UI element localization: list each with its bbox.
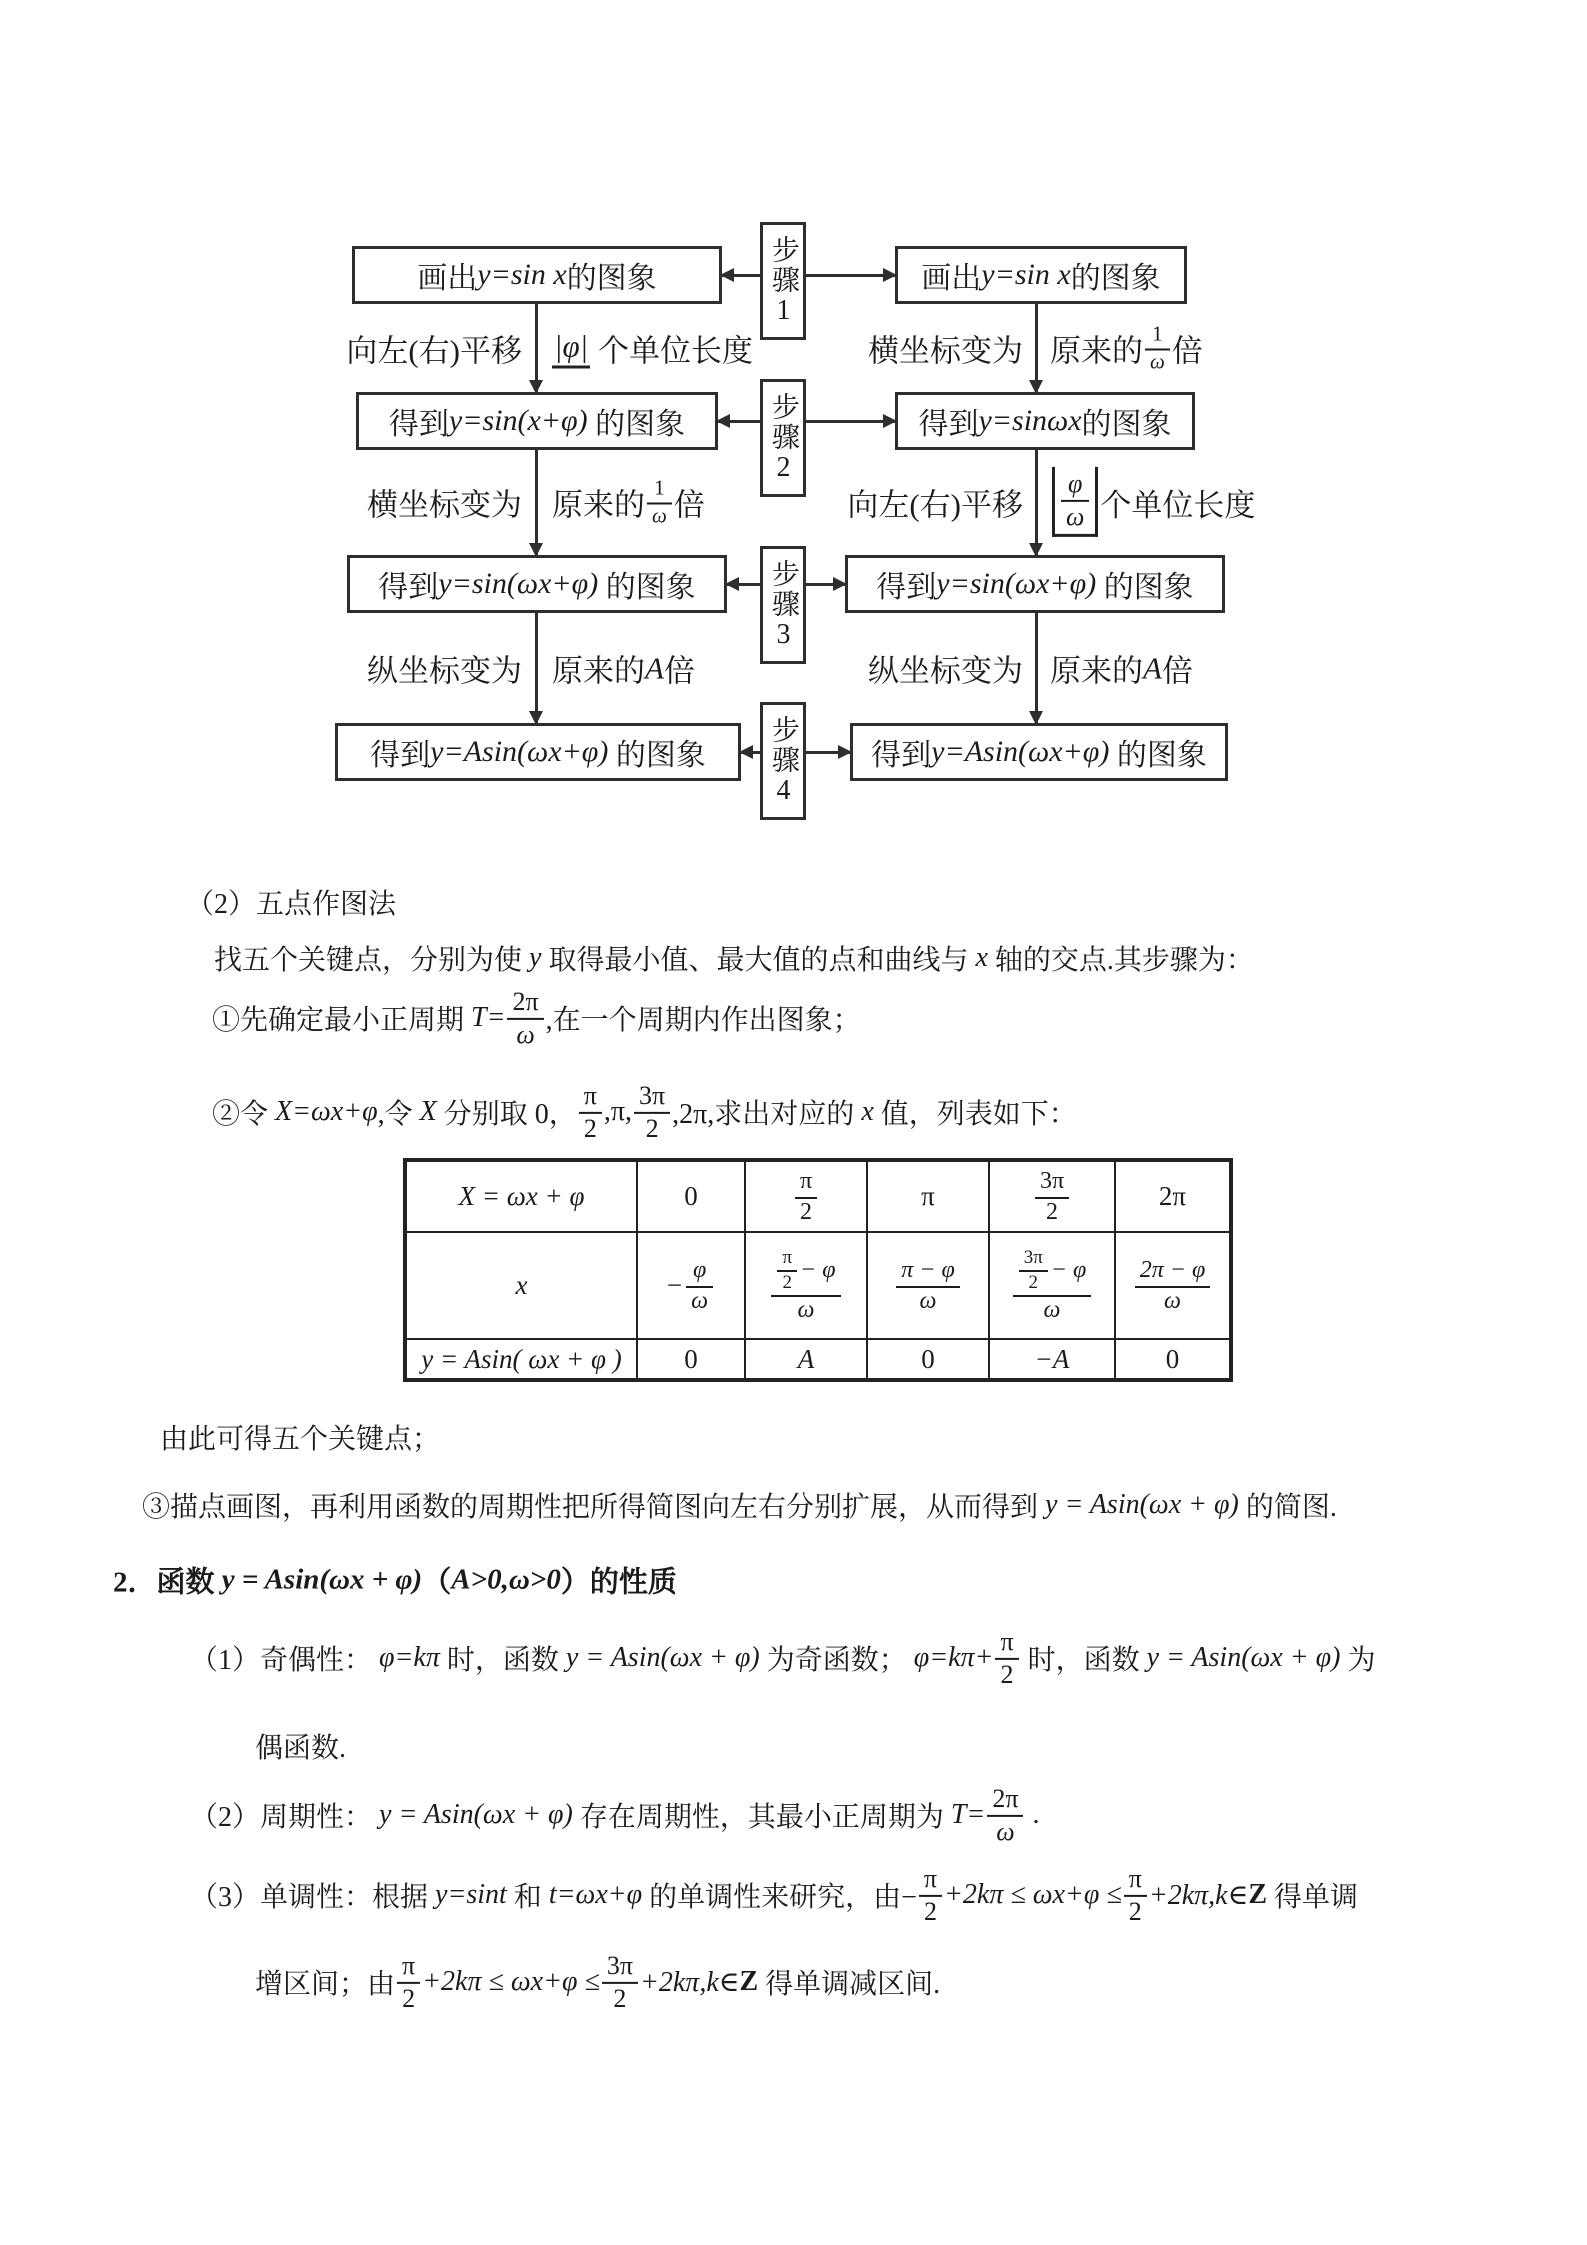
flow-box-left-3: 得到y=sin(ωx+φ) 的图象 <box>347 555 727 613</box>
fraction: π2 <box>777 1247 797 1294</box>
fraction: 1ω <box>1145 322 1170 373</box>
table-cell-r3c0: y = Asin( ωx + φ ) <box>405 1339 637 1380</box>
arrow-down-left-2 <box>535 450 538 555</box>
math-formula: y=sinωx <box>978 404 1081 438</box>
absolute-value: |φ| <box>552 328 590 368</box>
table-cell-r2c4: 3π2− φω <box>989 1232 1115 1339</box>
step-line-1: ①先确定最小正周期 T=2πω,在一个周期内作出图象； <box>212 987 861 1049</box>
label-left-xscale: 横坐标变为 <box>367 480 522 525</box>
label-right-xscale: 横坐标变为 <box>868 326 1023 371</box>
table-cell-r3c5: 0 <box>1115 1339 1231 1380</box>
label-right-xscale-amount: 原来的1ω倍 <box>1050 322 1203 373</box>
fraction: φω <box>686 1257 713 1315</box>
fraction: 2π − φω <box>1135 1257 1211 1315</box>
arrow-step2-to-left <box>718 420 760 423</box>
step-box-1: 步骤1 <box>760 222 806 340</box>
monotonic-line-2: 增区间；由π2+2kπ ≤ ωx+φ ≤3π2+2kπ,k∈Z 得单调减区间. <box>255 1951 940 2013</box>
arrow-down-left-1 <box>535 304 538 392</box>
step-line-3: ③描点画图，再利用函数的周期性把所得简图向左右分别扩展，从而得到 y = Asi… <box>142 1485 1337 1525</box>
flow-box-right-3: 得到y=sin(ωx+φ) 的图象 <box>845 555 1225 613</box>
parity-line-2: 偶函数. <box>255 1726 346 1766</box>
math-formula: y=sin x <box>477 258 566 292</box>
arrow-step1-to-left <box>722 274 760 277</box>
fraction: π2 <box>579 1081 602 1143</box>
step-box-3: 步骤3 <box>760 546 806 664</box>
fraction: π2 <box>1124 1864 1147 1926</box>
document-page: 画出y=sin x的图象 得到y=sin(x+φ) 的图象 得到y=sin(ωx… <box>0 0 1587 2245</box>
step-box-4: 步骤4 <box>760 702 806 820</box>
step-line-2: ②令 X=ωx+φ,令 X 分别取 0，π2,π,3π2,2π,求出对应的 x … <box>212 1081 1077 1143</box>
table-cell-r2c3: π − φω <box>867 1232 989 1339</box>
label-right-shift-amount: φω个单位长度 <box>1050 467 1255 537</box>
fraction: 3π2 <box>634 1081 670 1143</box>
para-five-key-points: 找五个关键点，分别为使 y 取得最小值、最大值的点和曲线与 x 轴的交点.其步骤… <box>214 938 1254 978</box>
arrow-step1-to-right <box>806 274 895 277</box>
fraction: 3π2 <box>1035 1168 1069 1226</box>
absolute-value: φω <box>1052 467 1098 537</box>
parity-line: （1）奇偶性： φ=kπ 时，函数 y = Asin(ωx + φ) 为奇函数；… <box>190 1627 1375 1689</box>
math-formula: y=Asin(ωx+φ) <box>430 735 608 769</box>
table-cell-r1c1: 0 <box>637 1160 745 1232</box>
fraction: 3π2 <box>1019 1247 1048 1294</box>
fraction: 2πω <box>507 987 543 1049</box>
table-cell-r3c2: A <box>745 1339 867 1380</box>
properties-heading: 2．函数 y = Asin(ωx + φ)（A>0,ω>0）的性质 <box>113 1560 677 1601</box>
table-cell-r3c4: −A <box>989 1339 1115 1380</box>
math-formula: y=sin(ωx+φ) <box>936 567 1096 601</box>
flow-box-right-1: 画出y=sin x的图象 <box>895 246 1187 304</box>
arrow-step3-to-right <box>806 583 845 586</box>
para-conclusion: 由此可得五个关键点； <box>160 1417 440 1457</box>
fraction: π − φω <box>896 1257 960 1315</box>
arrow-step2-to-right <box>806 420 895 423</box>
flow-box-right-4: 得到y=Asin(ωx+φ) 的图象 <box>850 723 1228 781</box>
table-cell-r2c0: x <box>405 1232 637 1339</box>
label-left-yscale-amount: 原来的A倍 <box>552 646 695 691</box>
flow-box-left-2: 得到y=sin(x+φ) 的图象 <box>356 392 718 450</box>
fraction: π2 <box>795 1168 817 1226</box>
table-cell-r2c2: π2− φω <box>745 1232 867 1339</box>
math-formula: y=sin(ωx+φ) <box>438 567 598 601</box>
period-line: （2）周期性： y = Asin(ωx + φ) 存在周期性，其最小正周期为 T… <box>190 1784 1039 1846</box>
fraction: 1ω <box>647 476 672 527</box>
table-cell-r1c5: 2π <box>1115 1160 1231 1232</box>
table-cell-r2c1: −φω <box>637 1232 745 1339</box>
table-cell-r1c2: π2 <box>745 1160 867 1232</box>
integer-set-symbol: Z <box>1248 1879 1267 1911</box>
fraction: 3π2− φω <box>1013 1247 1092 1324</box>
table-row-x: x −φω π2− φω π − φω 3π2− φω 2π − φω <box>405 1232 1231 1339</box>
label-right-shift: 向左(右)平移 <box>847 480 1023 525</box>
table-cell-r3c3: 0 <box>867 1339 989 1380</box>
fraction: π2 <box>995 1627 1018 1689</box>
arrow-down-right-1 <box>1035 304 1038 392</box>
fraction: 2πω <box>987 1784 1023 1846</box>
arrow-down-right-3 <box>1035 613 1038 723</box>
fraction: 3π2 <box>602 1951 638 2013</box>
integer-set-symbol: Z <box>739 1966 758 1998</box>
fraction: φω <box>1061 469 1089 531</box>
math-formula: y=sin x <box>981 258 1070 292</box>
table-cell-r1c0: X = ωx + φ <box>405 1160 637 1232</box>
arrow-down-left-3 <box>535 613 538 723</box>
label-left-xscale-amount: 原来的1ω倍 <box>552 476 705 527</box>
table-cell-r1c3: π <box>867 1160 989 1232</box>
arrow-step3-to-left <box>727 583 760 586</box>
fraction: π2− φω <box>771 1247 840 1324</box>
flow-box-left-4: 得到y=Asin(ωx+φ) 的图象 <box>335 723 741 781</box>
flow-box-right-2: 得到y=sinωx的图象 <box>895 392 1195 450</box>
flow-box-left-1: 画出y=sin x的图象 <box>352 246 722 304</box>
label-left-yscale: 纵坐标变为 <box>367 646 522 691</box>
fraction: π2 <box>397 1951 420 2013</box>
table-row-X: X = ωx + φ 0 π2 π 3π2 2π <box>405 1160 1231 1232</box>
five-point-method-heading: （2）五点作图法 <box>186 882 396 922</box>
label-left-shift-amount: |φ| 个单位长度 <box>552 326 753 371</box>
arrow-step4-to-left <box>741 751 760 754</box>
arrow-step4-to-right <box>806 751 850 754</box>
math-formula: y=Asin(ωx+φ) <box>931 735 1109 769</box>
label-right-yscale: 纵坐标变为 <box>868 646 1023 691</box>
label-left-shift: 向左(右)平移 <box>346 326 522 371</box>
table-cell-r1c4: 3π2 <box>989 1160 1115 1232</box>
step-box-2: 步骤2 <box>760 379 806 497</box>
label-right-yscale-amount: 原来的A倍 <box>1050 646 1193 691</box>
monotonic-line: （3）单调性：根据 y=sint 和 t=ωx+φ 的单调性来研究，由−π2+2… <box>190 1864 1358 1926</box>
table-cell-r2c5: 2π − φω <box>1115 1232 1231 1339</box>
math-formula: y=sin(x+φ) <box>449 404 588 438</box>
table-row-y: y = Asin( ωx + φ ) 0 A 0 −A 0 <box>405 1339 1231 1380</box>
fraction: π2 <box>919 1864 942 1926</box>
arrow-down-right-2 <box>1035 450 1038 555</box>
five-point-table: X = ωx + φ 0 π2 π 3π2 2π x −φω π2− φω π … <box>403 1158 1233 1382</box>
table-cell-r3c1: 0 <box>637 1339 745 1380</box>
